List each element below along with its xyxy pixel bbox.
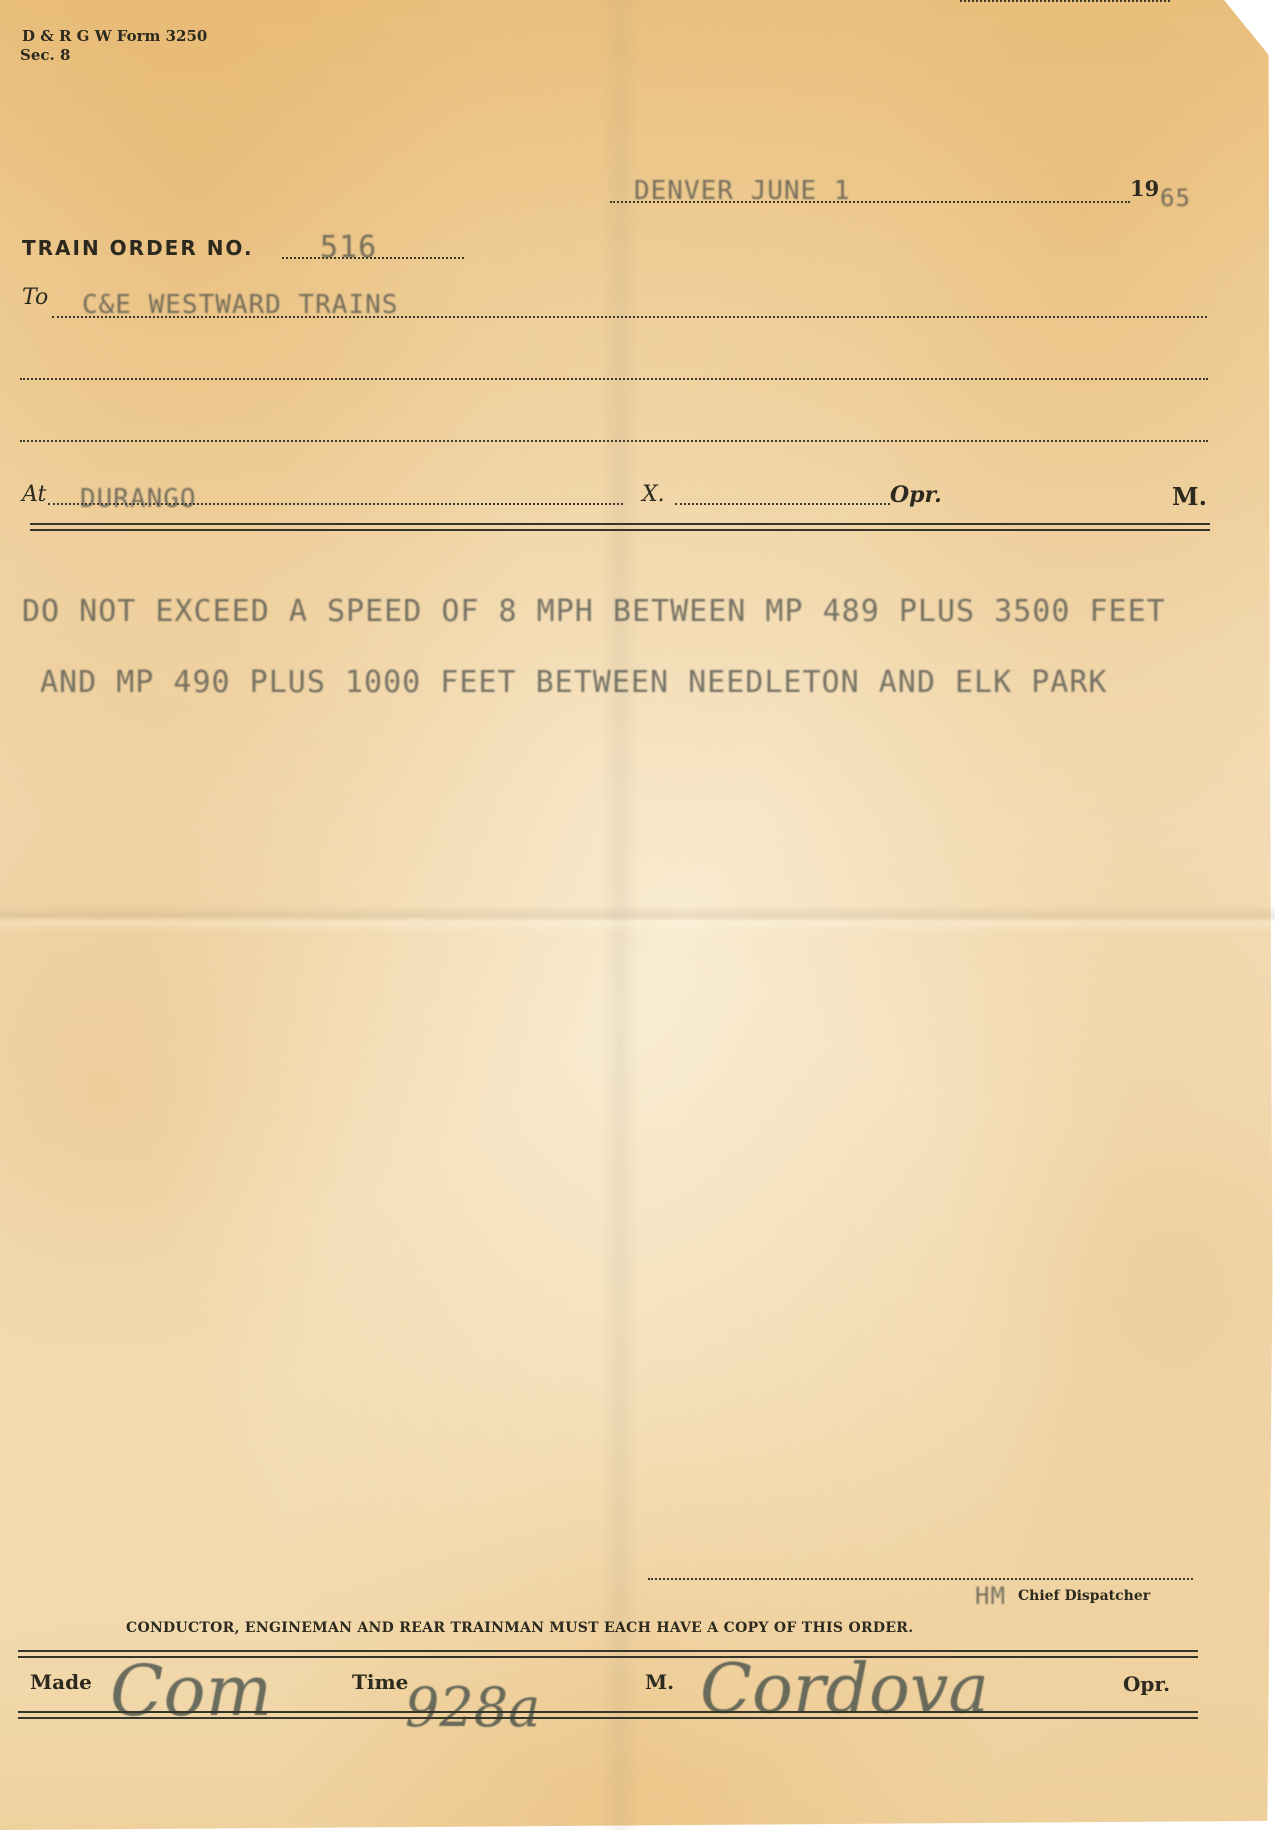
form-identifier: D & R G W Form 3250 bbox=[22, 26, 207, 46]
time-handwritten: 928a bbox=[405, 1676, 540, 1739]
year-suffix: 65 bbox=[1160, 184, 1191, 212]
blank-line bbox=[20, 440, 1208, 442]
at-label: At bbox=[22, 482, 46, 507]
place-date: DENVER JUNE 1 bbox=[634, 176, 851, 206]
header-rule bbox=[30, 523, 1210, 531]
year-prefix: 19 bbox=[1130, 176, 1159, 201]
chief-dispatcher-label: Chief Dispatcher bbox=[1018, 1588, 1150, 1604]
order-text-line: AND MP 490 PLUS 1000 FEET BETWEEN NEEDLE… bbox=[40, 665, 1107, 700]
to-label: To bbox=[22, 285, 48, 310]
x-line bbox=[675, 503, 890, 505]
signature-line bbox=[648, 1578, 1193, 1580]
opr-line bbox=[960, 0, 1170, 2]
footer-rule-bottom bbox=[18, 1711, 1198, 1719]
to-value: C&E WESTWARD TRAINS bbox=[82, 290, 398, 320]
dispatcher-initials: HM bbox=[975, 1582, 1006, 1610]
opr-label-footer: Opr. bbox=[1123, 1672, 1170, 1696]
train-order-number: 516 bbox=[320, 230, 377, 265]
blank-line bbox=[20, 378, 1208, 380]
form-section: Sec. 8 bbox=[20, 46, 70, 64]
at-value: DURANGO bbox=[80, 484, 197, 514]
x-label: X. bbox=[642, 482, 665, 507]
order-text-line: DO NOT EXCEED A SPEED OF 8 MPH BETWEEN M… bbox=[22, 594, 1166, 629]
train-order-label: TRAIN ORDER NO. bbox=[22, 236, 254, 260]
made-handwritten: Com bbox=[110, 1650, 272, 1732]
copy-notice: CONDUCTOR, ENGINEMAN AND REAR TRAINMAN M… bbox=[126, 1620, 913, 1636]
opr-label: Opr. bbox=[890, 482, 942, 508]
time-label: Time bbox=[352, 1670, 408, 1694]
made-label: Made bbox=[30, 1670, 92, 1694]
m-label-footer: M. bbox=[645, 1670, 674, 1694]
horizontal-fold-crease bbox=[0, 905, 1275, 933]
m-label: M. bbox=[1172, 482, 1207, 511]
